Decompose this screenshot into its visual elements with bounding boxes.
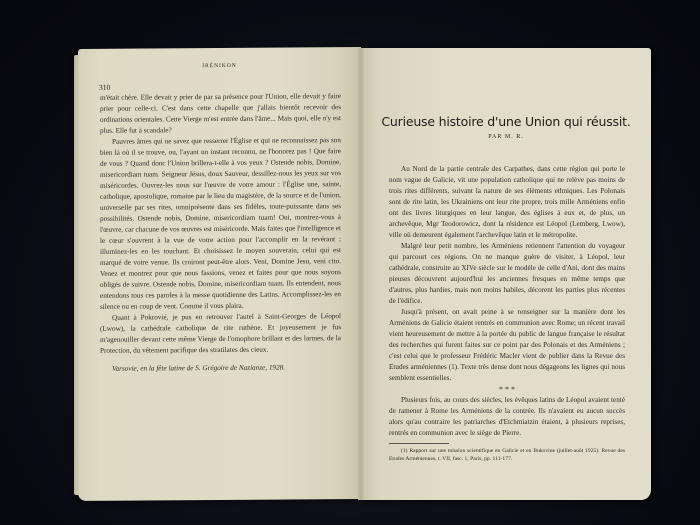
right-page: Curieuse histoire d'une Union qui réussi… bbox=[361, 48, 651, 500]
page-number: 310 bbox=[99, 83, 110, 92]
left-page-body: m'était chère. Elle devait y prier de pa… bbox=[100, 91, 341, 375]
section-break-asterism: * * * bbox=[389, 384, 625, 395]
article-title: Curieuse histoire d'une Union qui réussi… bbox=[371, 114, 641, 129]
left-page: 310 IRÉNIKON m'était chère. Elle devait … bbox=[78, 47, 361, 501]
open-book: 310 IRÉNIKON m'était chère. Elle devait … bbox=[78, 48, 656, 500]
paragraph: m'était chère. Elle devait y prier de pa… bbox=[100, 91, 341, 137]
paragraph: Au Nord de la partie centrale des Carpat… bbox=[389, 164, 625, 241]
signature-line: Varsovie, en la fête latine de S. Grégoi… bbox=[100, 362, 341, 375]
right-page-body: Au Nord de la partie centrale des Carpat… bbox=[389, 164, 625, 463]
paragraph: Quant à Pokrovié, je pus en retrouver l'… bbox=[100, 311, 341, 357]
paragraph: Malgré leur petit nombre, les Arméniens … bbox=[389, 241, 625, 307]
book-gutter bbox=[358, 48, 364, 500]
footnote: (1) Rapport sur une mission scientifique… bbox=[389, 447, 625, 463]
footnote-rule bbox=[389, 443, 449, 444]
paragraph: Jusqu'à présent, on avait peine à se ren… bbox=[389, 307, 625, 384]
article-byline: PAR M. R. bbox=[361, 134, 651, 140]
paragraph: Pauvres âmes qui ne savez que resserrer … bbox=[100, 135, 341, 313]
running-head: IRÉNIKON bbox=[78, 62, 361, 70]
paragraph: Plusieurs fois, au cours des siècles, le… bbox=[389, 395, 625, 439]
